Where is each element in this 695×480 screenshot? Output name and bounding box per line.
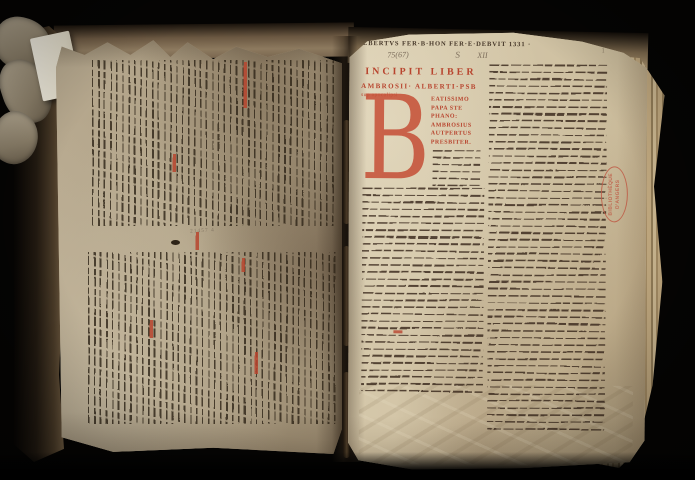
rubric-mark — [242, 258, 245, 272]
folio-number: 1 — [601, 47, 605, 55]
rubric-mark — [173, 154, 176, 172]
ink-blot — [171, 240, 180, 245]
rubric-mark — [196, 232, 199, 250]
shelfmark-letter: S — [455, 50, 460, 60]
stamp-line-2: D'ANGERS — [614, 167, 621, 221]
shelfmark: 75(67) — [387, 50, 409, 60]
dedication-line: PRESBITER. — [431, 139, 481, 148]
stamp-line-1: BIBLIOTHÈQUE — [608, 167, 615, 221]
right-page: ALBERTVS FER·B·HON FER·E·DEBVIT 1331 · 7… — [346, 29, 647, 471]
dedication-line: AMBROSIUS — [431, 121, 481, 130]
rubric-mark — [393, 330, 402, 333]
rubric-mark — [255, 352, 258, 374]
decorated-initial-B: B — [360, 81, 431, 197]
dedication-line: PAPA STE — [431, 104, 481, 113]
century-mark: XII — [477, 51, 487, 60]
dedication-line: EATISSIMO — [431, 96, 481, 105]
left-page: 21457 4 — [56, 34, 342, 454]
dedication-line: PHANO: — [431, 113, 481, 122]
rubric-dedication: EATISSIMO PAPA STE PHANO: AMBROSIUS AUTP… — [431, 96, 481, 148]
rubric-mark — [244, 62, 247, 108]
left-page-shading — [56, 34, 342, 454]
dedication-line: AUTPERTUS — [431, 130, 481, 139]
rubric-mark — [150, 320, 153, 338]
bottom-shadow — [0, 452, 695, 480]
manuscript-photo: 21457 4 ALBERTVS FER·B·HON FER·E·DEBVIT … — [0, 0, 695, 480]
